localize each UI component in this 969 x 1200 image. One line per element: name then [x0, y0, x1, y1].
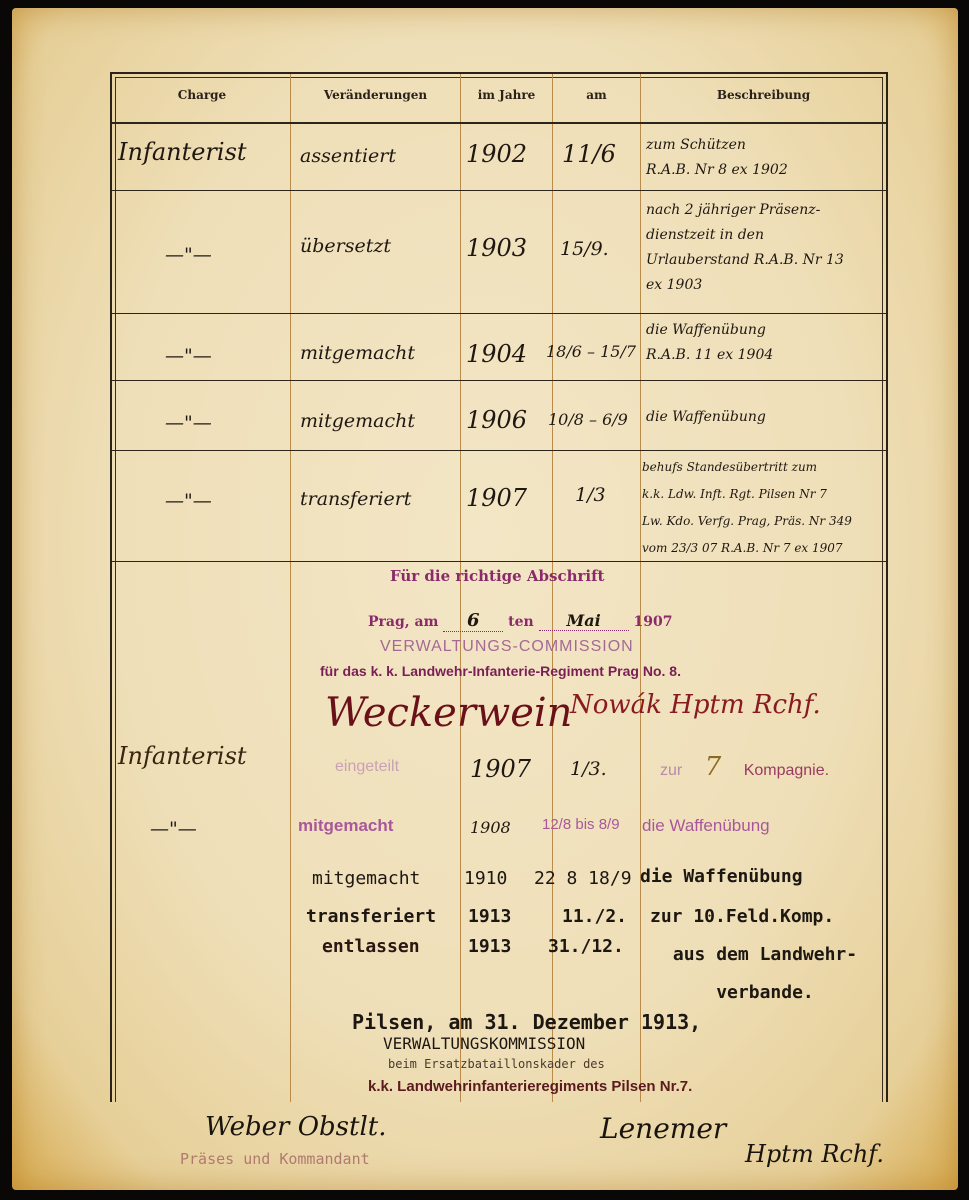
closing-stamp-unit: k.k. Landwehrinfanterieregiments Pilsen … [368, 1078, 692, 1095]
later-row-3-date: 22 8 18/9 [534, 868, 632, 889]
company-number: 7 [705, 752, 722, 782]
later-row-1-year: 1907 [470, 755, 531, 783]
certification-line: Für die richtige Abschrift [390, 567, 604, 585]
place-prefix: Prag, am [368, 614, 438, 630]
later-row-1-description: zur 7 Kompagnie. [660, 752, 829, 782]
later-row-3-year: 1910 [464, 868, 507, 889]
row-1-date: 11/6 [562, 140, 616, 168]
later-row-3-change: mitgemacht [312, 868, 420, 889]
row-2-change: übersetzt [300, 235, 391, 257]
zur-label: zur [660, 762, 682, 779]
row-2-year: 1903 [466, 234, 527, 262]
role-label: Präses und Kommandant [180, 1150, 370, 1168]
signature-weckerwein: Weckerwein [325, 690, 572, 736]
header-year: im Jahre [461, 88, 552, 102]
row-divider [112, 190, 886, 191]
row-divider [112, 313, 886, 314]
signature-novak: Nowák Hptm Rchf. [570, 690, 821, 720]
later-row-5-year: 1913 [468, 936, 511, 957]
later-row-4-description: zur 10.Feld.Komp. [650, 906, 834, 927]
certification-place-date: Prag, am 6 ten Mai 1907 [368, 610, 672, 632]
row-3-charge: —"— [165, 345, 212, 367]
row-4-date: 10/8 – 6/9 [548, 410, 628, 429]
certification-month: Mai [539, 611, 629, 631]
header-date: am [553, 88, 640, 102]
certification-day: 6 [443, 610, 503, 632]
row-3-description: die Waffenübung R.A.B. 11 ex 1904 [646, 318, 773, 368]
later-row-2-description: die Waffenübung [642, 816, 770, 836]
later-row-4-change: transferiert [306, 906, 436, 927]
kompagnie-label: Kompagnie. [744, 762, 829, 779]
row-divider [112, 380, 886, 381]
header-changes: Veränderungen [291, 88, 460, 102]
stamp-unit: für das k. k. Landwehr-Infanterie-Regime… [320, 663, 681, 679]
later-row-1-date: 1/3. [570, 758, 607, 780]
row-3-change: mitgemacht [300, 342, 415, 364]
later-row-4-date: 11./2. [562, 906, 627, 927]
certification-year: 1907 [633, 614, 672, 630]
later-row-3-description: die Waffenübung [640, 866, 803, 887]
later-row-5-date: 31./12. [548, 936, 624, 957]
later-row-1-charge: Infanterist [118, 742, 247, 770]
later-row-2-change: mitgemacht [298, 816, 393, 836]
later-row-2-charge: —"— [150, 818, 197, 840]
row-2-charge: —"— [165, 244, 212, 266]
column-divider [290, 74, 291, 1102]
later-row-1-change: eingeteilt [335, 758, 399, 776]
signature-right: Hptm Rchf. [745, 1140, 884, 1168]
row-1-charge: Infanterist [118, 138, 247, 166]
row-5-change: transferiert [300, 488, 411, 510]
row-3-date: 18/6 – 15/7 [546, 342, 636, 361]
row-5-description: behufs Standesübertritt zum k.k. Ldw. In… [642, 454, 852, 562]
row-4-year: 1906 [466, 406, 527, 434]
closing-stamp-title: VERWALTUNGSKOMMISSION [383, 1034, 585, 1053]
row-divider [112, 450, 886, 451]
signature-weber: Weber Obstlt. [205, 1112, 387, 1142]
signature-lenemer: Lenemer [600, 1112, 726, 1145]
row-5-charge: —"— [165, 490, 212, 512]
row-4-description: die Waffenübung [646, 405, 766, 430]
row-1-change: assentiert [300, 145, 396, 167]
column-divider [460, 74, 461, 1102]
row-4-charge: —"— [165, 412, 212, 434]
row-3-year: 1904 [466, 340, 527, 368]
row-1-description: zum Schützen R.A.B. Nr 8 ex 1902 [646, 133, 788, 183]
header-charge: Charge [114, 88, 290, 102]
closing-place-date: Pilsen, am 31. Dezember 1913, [352, 1010, 701, 1034]
row-2-description: nach 2 jähriger Präsenz- dienstzeit in d… [646, 198, 844, 298]
row-5-year: 1907 [466, 484, 527, 512]
later-row-5-change: entlassen [322, 936, 420, 957]
stamp-title: VERWALTUNGS-COMMISSION [380, 638, 634, 656]
closing-stamp-sub: beim Ersatzbataillonskader des [388, 1057, 605, 1071]
later-row-2-year: 1908 [470, 818, 511, 837]
certification-ten: ten [508, 614, 534, 630]
row-2-date: 15/9. [560, 238, 609, 260]
header-description: Beschreibung [641, 88, 886, 102]
header-divider [112, 122, 886, 124]
later-row-5-description: aus dem Landwehr- verbande. [640, 936, 890, 1012]
later-row-4-year: 1913 [468, 906, 511, 927]
row-5-date: 1/3 [575, 484, 606, 506]
later-row-2-date: 12/8 bis 8/9 [542, 816, 620, 833]
row-4-change: mitgemacht [300, 410, 415, 432]
row-1-year: 1902 [466, 140, 527, 168]
certification-text: Für die richtige Abschrift [390, 567, 604, 585]
